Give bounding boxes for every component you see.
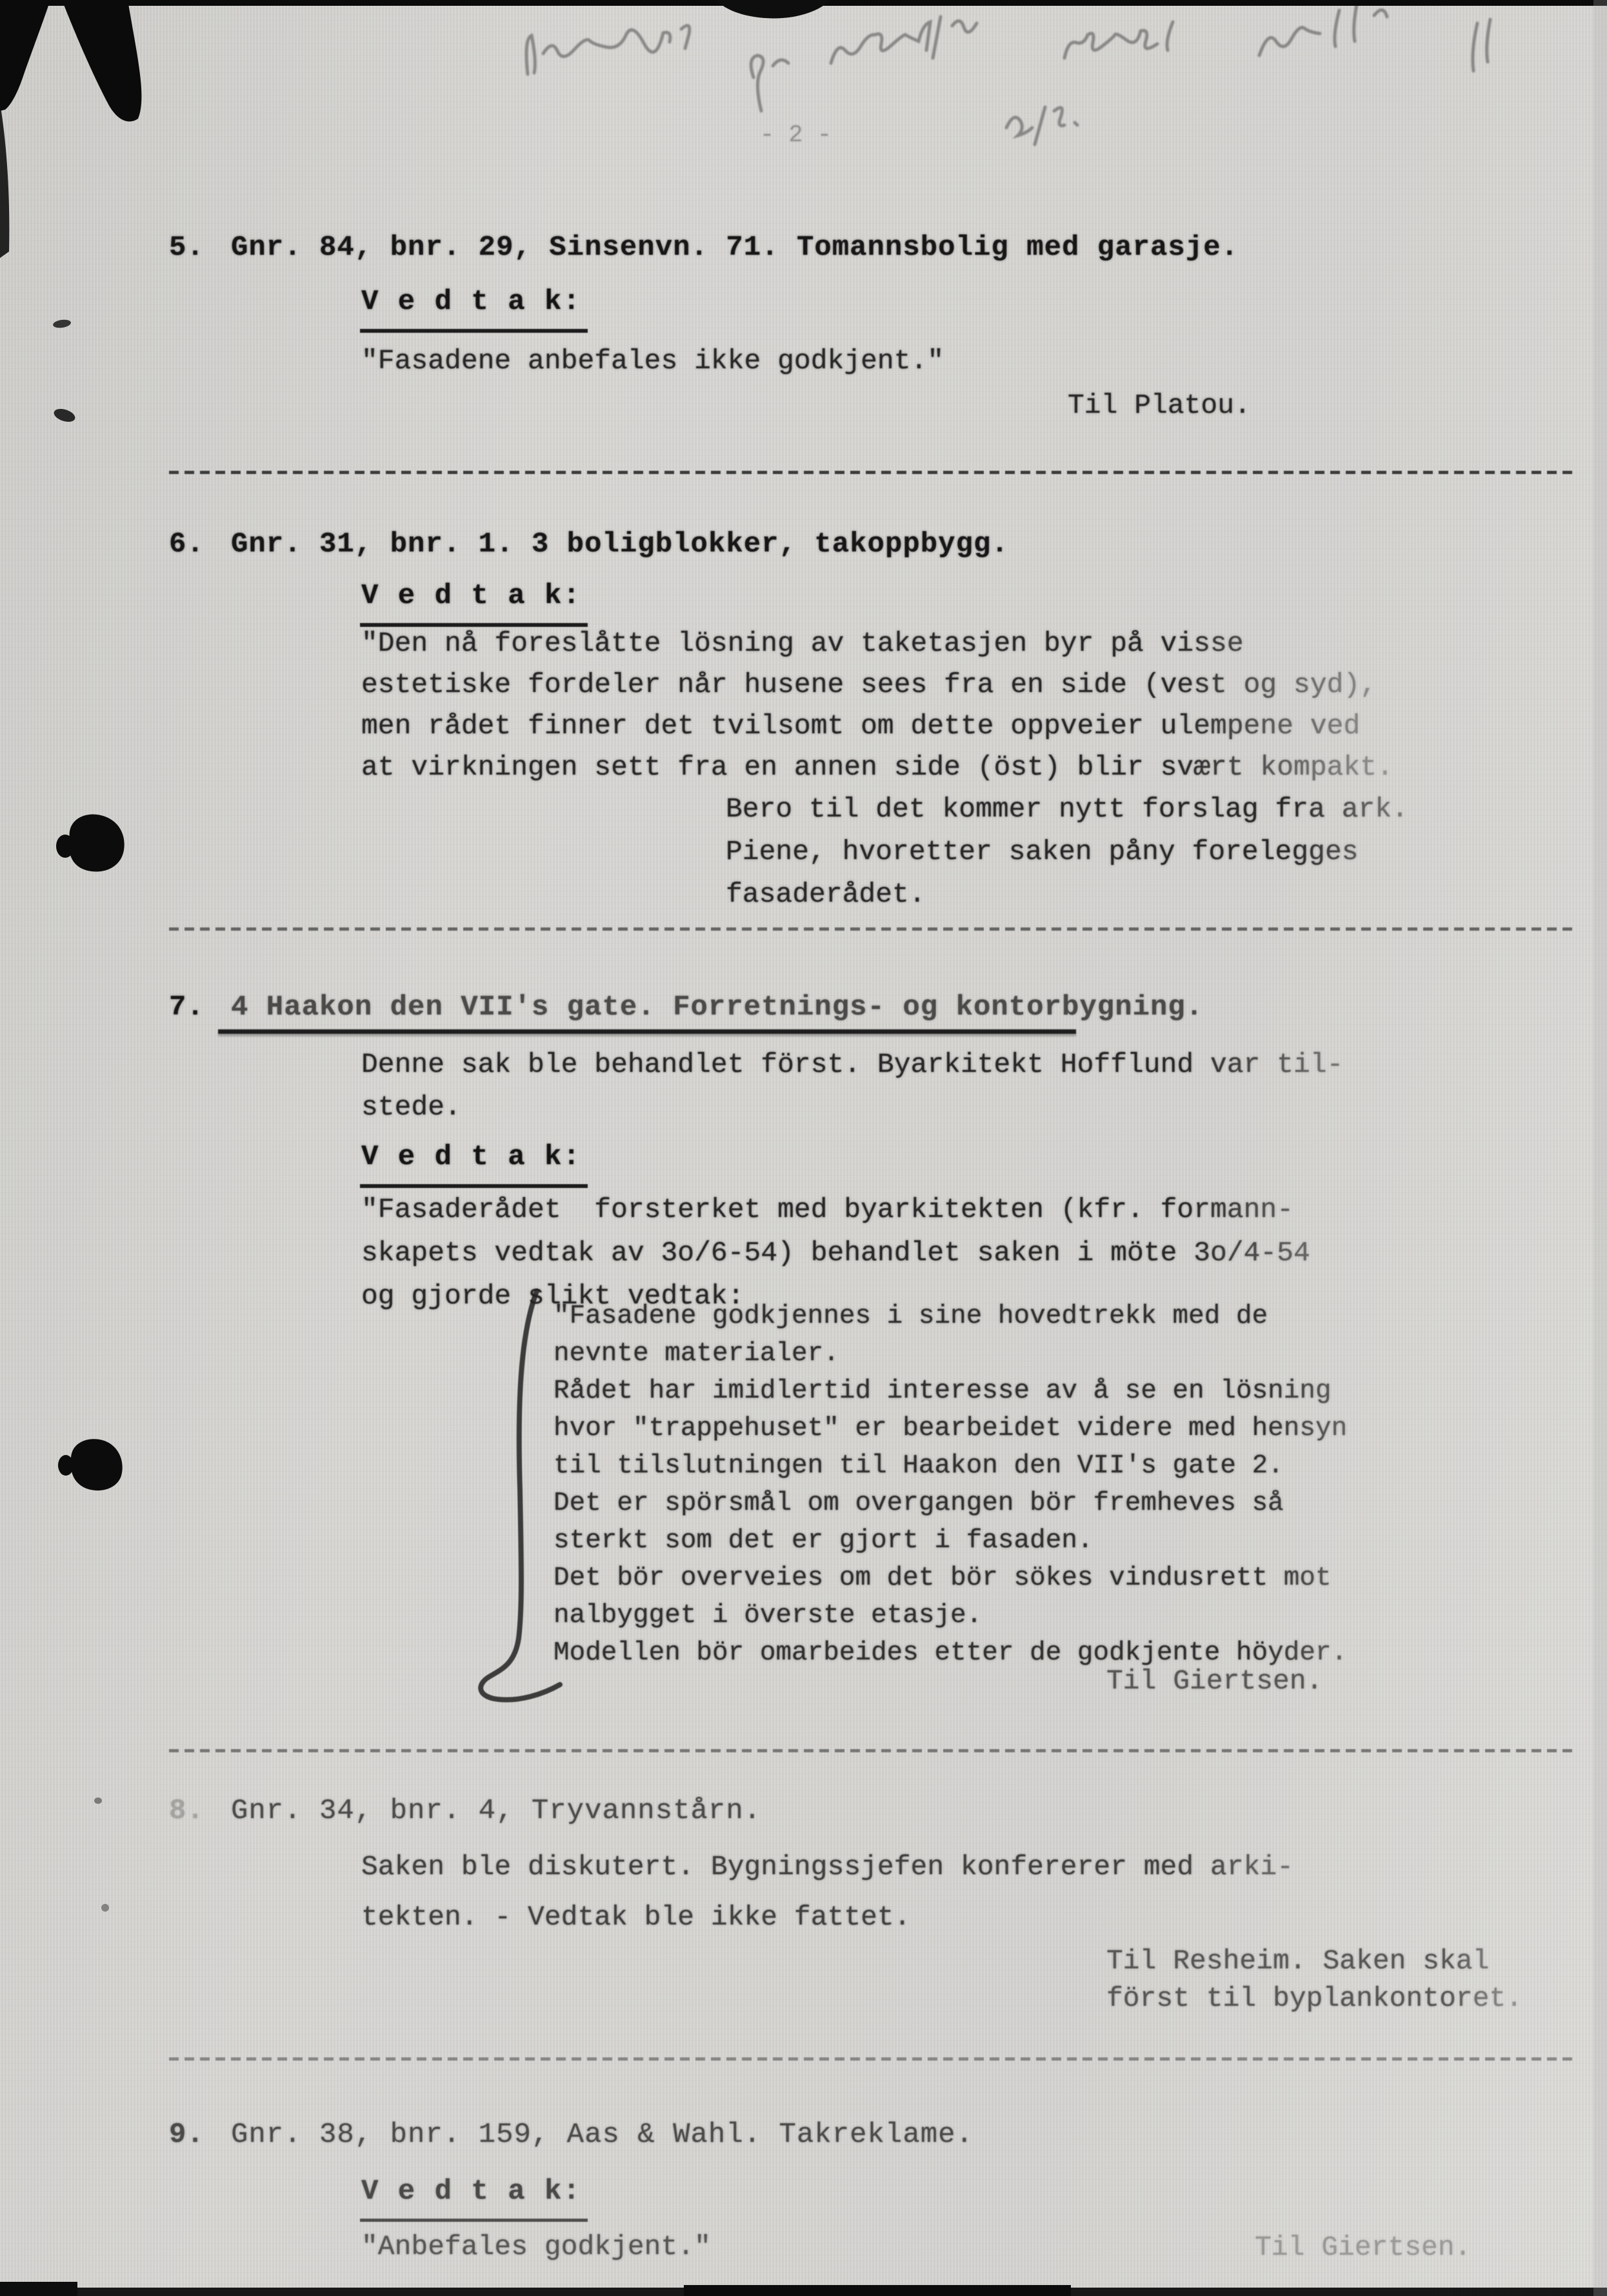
document-page: - 2 - 5. Gnr. 84, bnr. 29, Sinsenvn. 71.… — [0, 0, 1607, 2296]
scan-artifacts — [0, 0, 1607, 2296]
